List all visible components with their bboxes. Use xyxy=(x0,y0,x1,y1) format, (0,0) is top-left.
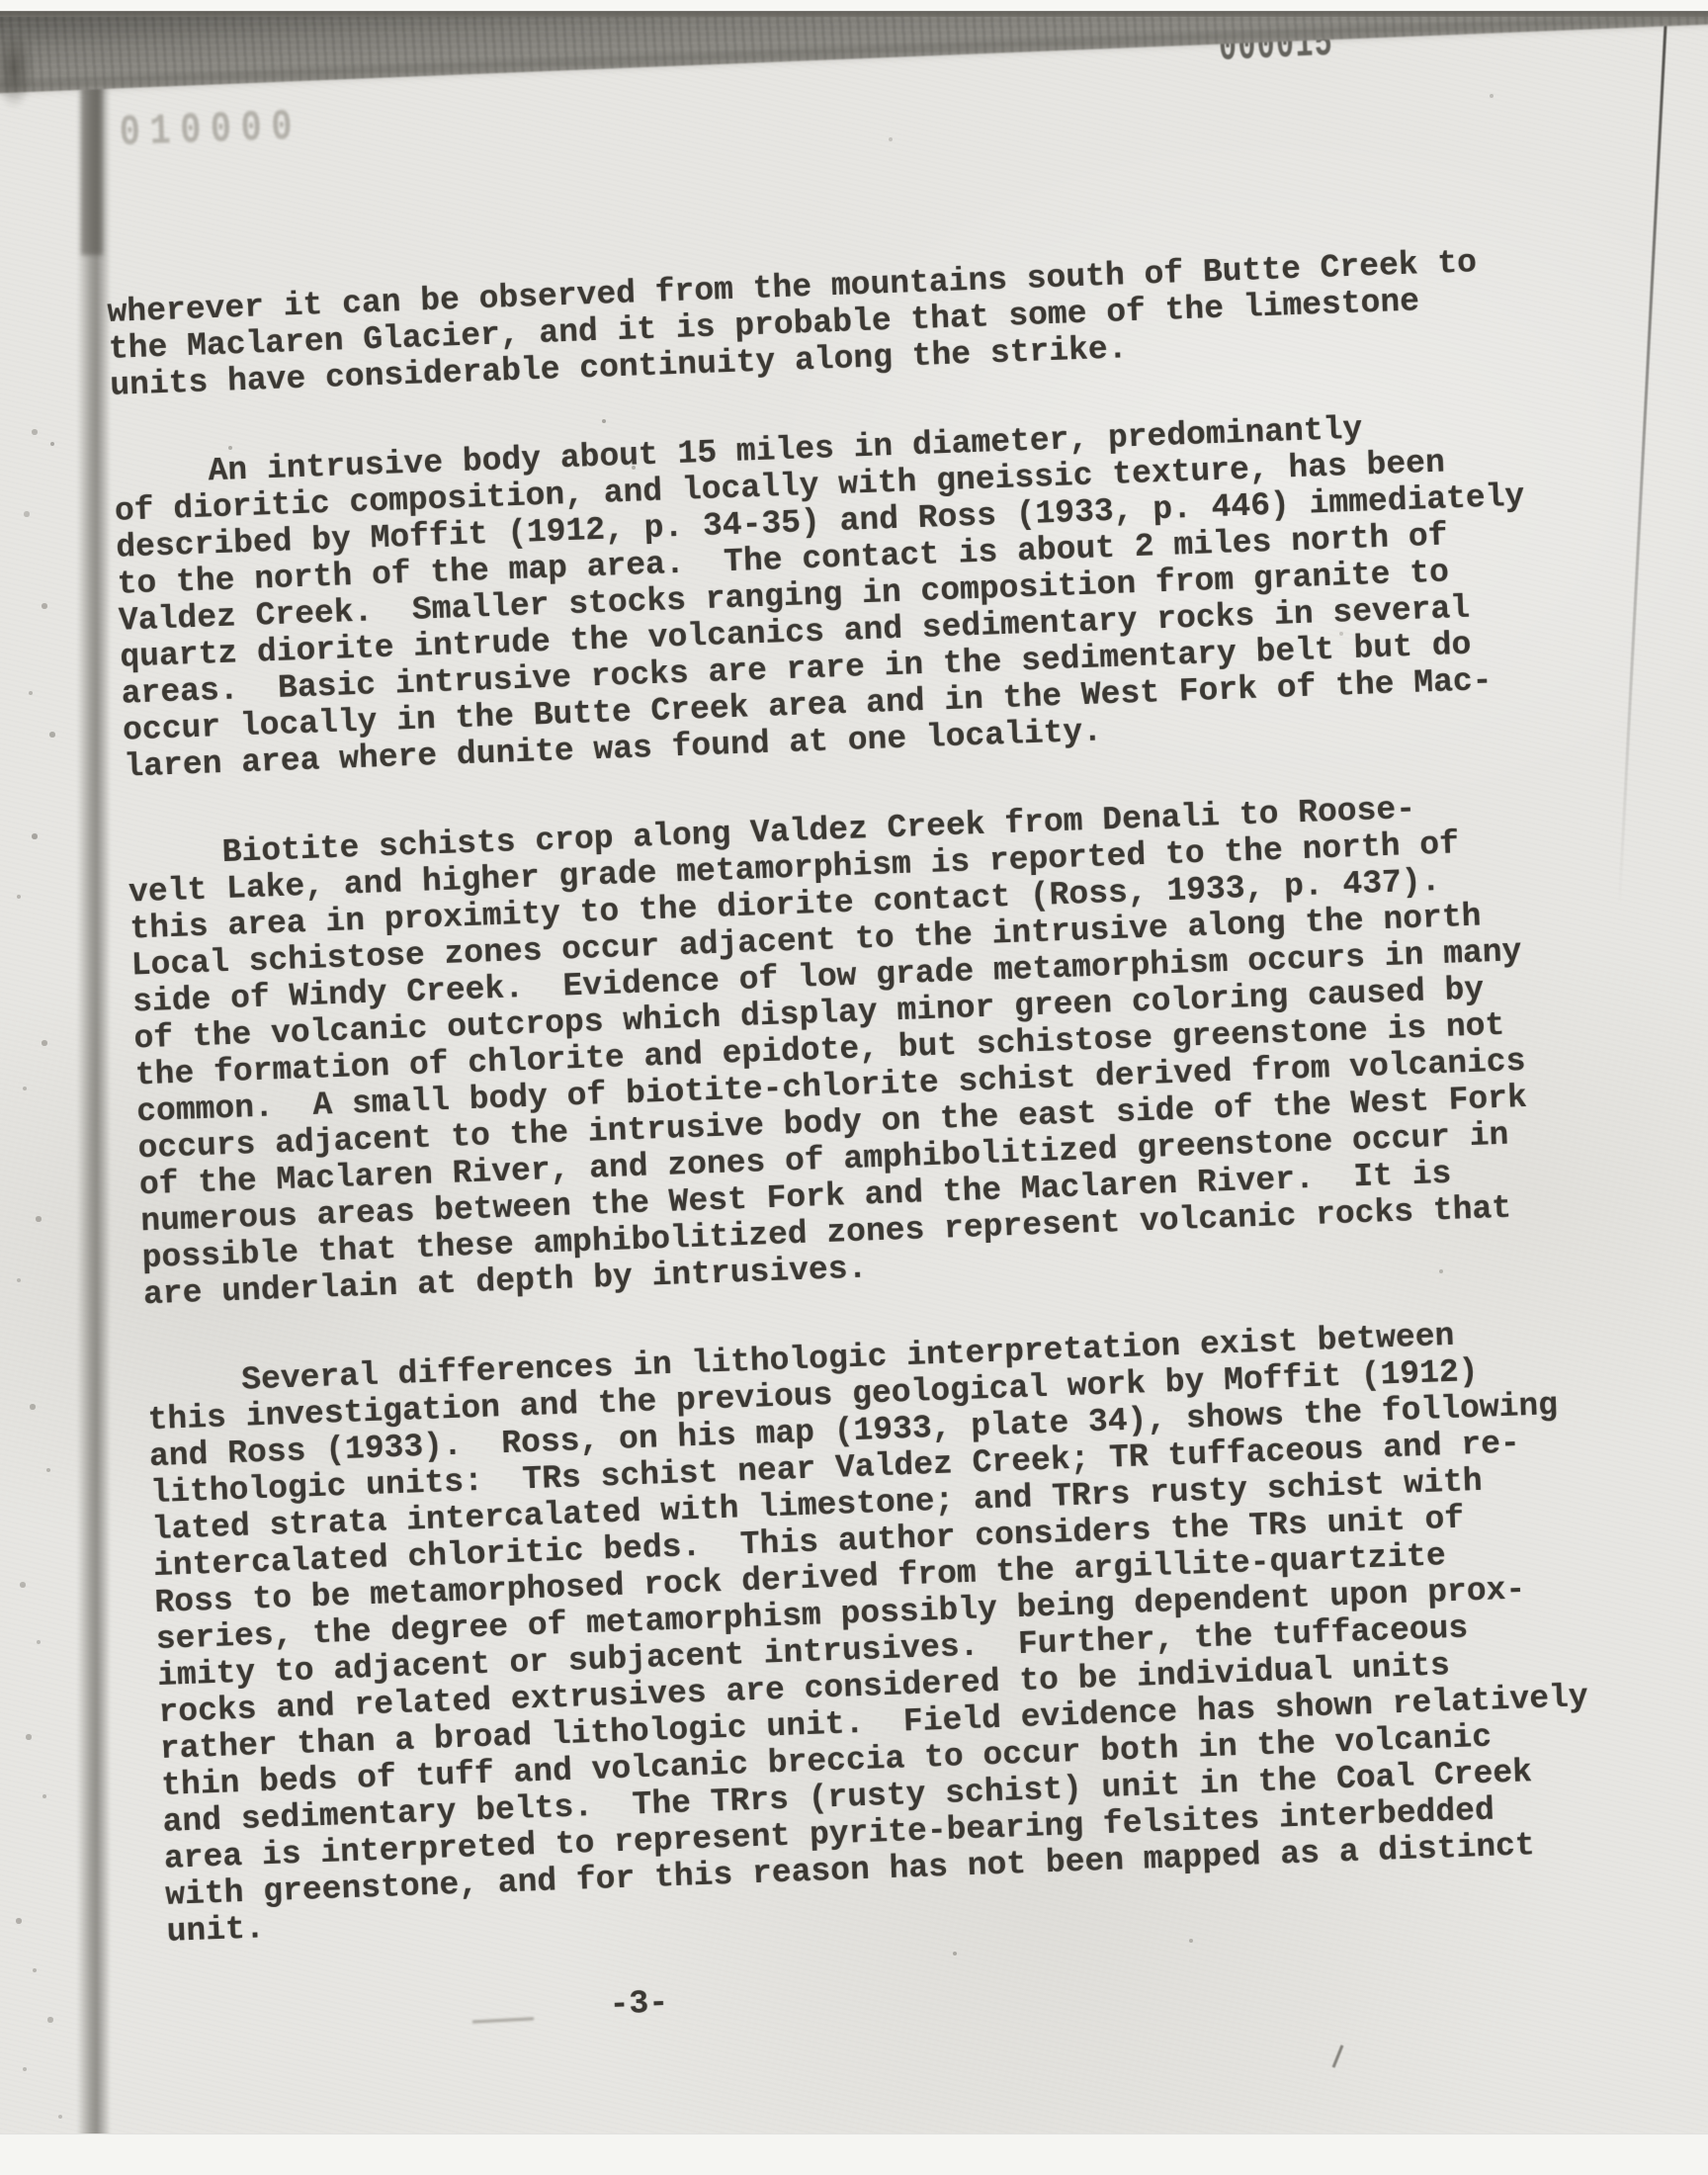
binding-edge-stripe xyxy=(77,85,111,2175)
paragraph-biotite-schists: Biotite schists crop along Valdez Creek … xyxy=(127,783,1641,1313)
binding-edge-stripe-top xyxy=(81,87,103,255)
bleed-through-speckles xyxy=(0,0,2,2)
ghost-stamp-number: 010000 xyxy=(119,103,302,158)
scanned-document-page: { "page": { "serial_stamp": "000015", "g… xyxy=(0,0,1708,2175)
scan-bottom-white-strip xyxy=(0,2133,1708,2175)
paragraph-lithologic-differences: Several differences in lithologic interp… xyxy=(146,1311,1665,1951)
paragraph-intrusive-body: An intrusive body about 15 miles in diam… xyxy=(113,401,1621,785)
page-right-edge-line xyxy=(1618,16,1667,905)
document-text-block: wherever it can be observed from the mou… xyxy=(107,239,1669,2091)
paragraph-continuation: wherever it can be observed from the mou… xyxy=(107,239,1607,403)
left-corner-smudge xyxy=(0,30,34,109)
page-number: -3- xyxy=(169,1948,1666,2039)
scan-top-edge-line xyxy=(0,11,1708,17)
